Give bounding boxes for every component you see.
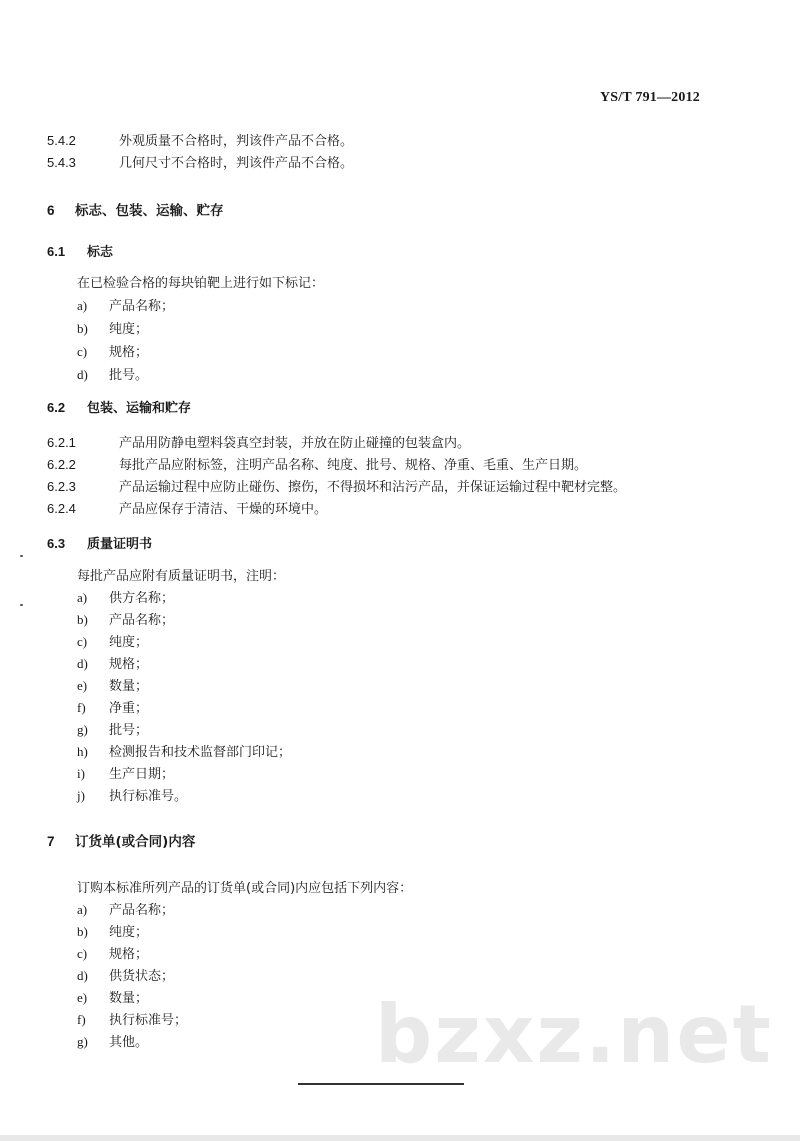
clause-number: 5.4.2 [47, 133, 119, 148]
watermark: bzxz.net [375, 995, 773, 1075]
section-7-intro: 订购本标准所列产品的订货单(或合同)内应包括下列内容： [77, 877, 412, 896]
section-title: 标志 [87, 245, 113, 260]
clause-6-2-1: 6.2.1产品用防静电塑料袋真空封装，并放在防止碰撞的包装盒内。 [47, 432, 470, 451]
section-number: 6 [47, 203, 75, 218]
clause-text: 几何尺寸不合格时，判该件产品不合格。 [119, 156, 353, 171]
list-item: b)纯度； [77, 921, 148, 940]
clause-6-2-3: 6.2.3产品运输过程中应防止碰伤、擦伤，不得损坏和沾污产品，并保证运输过程中靶… [47, 476, 626, 495]
clause-6-2-4: 6.2.4产品应保存于清洁、干燥的环境中。 [47, 498, 327, 517]
standard-code: YS/T 791—2012 [600, 90, 700, 106]
clause-5-4-3: 5.4.3几何尺寸不合格时，判该件产品不合格。 [47, 152, 353, 171]
list-item: a)供方名称； [77, 587, 174, 606]
list-item: c)纯度； [77, 631, 148, 650]
list-item: d)规格； [77, 653, 148, 672]
section-6-3-heading: 6.3质量证明书 [47, 533, 152, 552]
section-6-2-heading: 6.2包装、运输和贮存 [47, 397, 191, 416]
page-bottom-edge [0, 1135, 800, 1141]
list-item: b)产品名称； [77, 609, 174, 628]
section-number: 6.2 [47, 400, 87, 415]
section-number: 7 [47, 834, 75, 849]
list-item: f)净重； [77, 697, 148, 716]
section-title: 包装、运输和贮存 [87, 401, 191, 416]
list-item: c)规格； [77, 341, 148, 360]
section-7-heading: 7订货单(或合同)内容 [47, 830, 195, 850]
section-6-heading: 6标志、包装、运输、贮存 [47, 199, 224, 219]
section-number: 6.3 [47, 536, 87, 551]
list-item: b)纯度； [77, 318, 148, 337]
list-item: e)数量； [77, 987, 148, 1006]
section-number: 6.1 [47, 244, 87, 259]
clause-number: 5.4.3 [47, 155, 119, 170]
list-item: d)供货状态； [77, 965, 174, 984]
list-item: h)检测报告和技术监督部门印记； [77, 741, 291, 760]
list-item: e)数量； [77, 675, 148, 694]
list-item: a)产品名称； [77, 295, 174, 314]
section-title: 订货单(或合同)内容 [75, 834, 195, 850]
section-6-3-intro: 每批产品应附有质量证明书，注明： [77, 565, 285, 584]
list-item: g)批号； [77, 719, 148, 738]
list-item: j)执行标准号。 [77, 785, 187, 804]
list-item: f)执行标准号； [77, 1009, 187, 1028]
section-title: 标志、包装、运输、贮存 [75, 203, 224, 219]
list-item: d)批号。 [77, 364, 148, 383]
list-item: i)生产日期； [77, 763, 174, 782]
section-title: 质量证明书 [87, 537, 152, 552]
list-item: g)其他。 [77, 1031, 148, 1050]
section-6-1-intro: 在已检验合格的每块铂靶上进行如下标记： [77, 272, 324, 291]
list-item: c)规格； [77, 943, 148, 962]
clause-text: 外观质量不合格时，判该件产品不合格。 [119, 134, 353, 149]
clause-6-2-2: 6.2.2每批产品应附标签，注明产品名称、纯度、批号、规格、净重、毛重、生产日期… [47, 454, 587, 473]
section-6-1-heading: 6.1标志 [47, 241, 113, 260]
clause-5-4-2: 5.4.2外观质量不合格时，判该件产品不合格。 [47, 130, 353, 149]
scan-speck [20, 604, 23, 606]
list-item: a)产品名称； [77, 899, 174, 918]
end-rule [298, 1083, 464, 1085]
document-page: YS/T 791—2012 5.4.2外观质量不合格时，判该件产品不合格。 5.… [0, 0, 800, 1135]
scan-speck [20, 555, 23, 557]
